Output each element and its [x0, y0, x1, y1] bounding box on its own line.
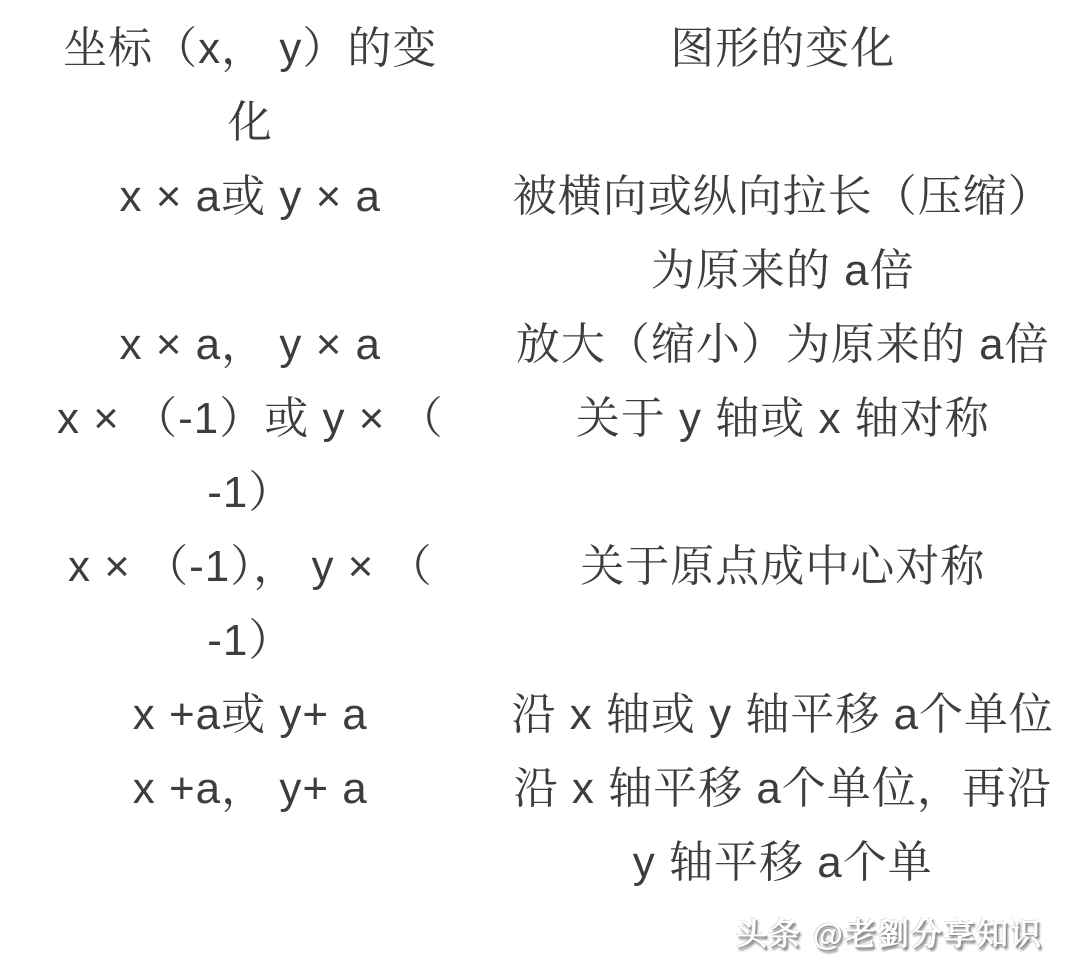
coordinate-transform-table: 坐标（x， y）的变 化 图形的变化 x × a或 y × a 被横向或纵向拉长… — [0, 0, 1065, 900]
cell-line: x +a或 y+ a — [0, 678, 501, 752]
coordinate-rule-cell: x × a， y × a — [0, 308, 501, 382]
table-row-origin-symmetry: x × （-1）， y × （ -1） 关于原点成中心对称 — [0, 530, 1065, 678]
table-row-translate-one-axis: x +a或 y+ a 沿 x 轴或 y 轴平移 a个单位 — [0, 678, 1065, 752]
header-figure-change: 图形的变化 — [501, 12, 1065, 86]
figure-effect-cell: 关于原点成中心对称 — [501, 530, 1065, 604]
toutiao-watermark: 头条 @老劉分享知识 — [736, 909, 1043, 954]
coordinate-rule-cell: x +a或 y+ a — [0, 678, 501, 752]
cell-line: y 轴平移 a个单 — [501, 826, 1065, 900]
cell-line: 被横向或纵向拉长（压缩） — [501, 160, 1065, 234]
cell-line: 关于原点成中心对称 — [501, 530, 1065, 604]
cell-line: x × a， y × a — [0, 308, 501, 382]
coordinate-rule-cell: x × （-1）， y × （ -1） — [0, 530, 501, 678]
cell-line: 关于 y 轴或 x 轴对称 — [501, 382, 1065, 456]
cell-line: -1） — [0, 456, 501, 530]
table-row-scale-one-axis: x × a或 y × a 被横向或纵向拉长（压缩） 为原来的 a倍 — [0, 160, 1065, 308]
coordinate-rule-cell: x × a或 y × a — [0, 160, 501, 234]
cell-line: 放大（缩小）为原来的 a倍 — [501, 308, 1065, 382]
table-row-translate-both-axes: x +a， y+ a 沿 x 轴平移 a个单位，再沿 y 轴平移 a个单 — [0, 752, 1065, 900]
figure-effect-cell: 关于 y 轴或 x 轴对称 — [501, 382, 1065, 456]
coordinate-rule-cell: x +a， y+ a — [0, 752, 501, 826]
table-row-axis-symmetry: x × （-1）或 y × （ -1） 关于 y 轴或 x 轴对称 — [0, 382, 1065, 530]
header-line: 化 — [0, 86, 501, 160]
header-line: 图形的变化 — [501, 12, 1065, 86]
figure-effect-cell: 沿 x 轴平移 a个单位，再沿 y 轴平移 a个单 — [501, 752, 1065, 900]
coordinate-rule-cell: x × （-1）或 y × （ -1） — [0, 382, 501, 530]
cell-line: -1） — [0, 604, 501, 678]
cell-line: 为原来的 a倍 — [501, 234, 1065, 308]
cell-line: x × （-1）或 y × （ — [0, 382, 501, 456]
cell-line: x +a， y+ a — [0, 752, 501, 826]
table-row-scale-both-axes: x × a， y × a 放大（缩小）为原来的 a倍 — [0, 308, 1065, 382]
cell-line: 沿 x 轴平移 a个单位，再沿 — [501, 752, 1065, 826]
figure-effect-cell: 被横向或纵向拉长（压缩） 为原来的 a倍 — [501, 160, 1065, 308]
figure-effect-cell: 放大（缩小）为原来的 a倍 — [501, 308, 1065, 382]
cell-line: 沿 x 轴或 y 轴平移 a个单位 — [501, 678, 1065, 752]
cell-line: x × a或 y × a — [0, 160, 501, 234]
header-coordinate-change: 坐标（x， y）的变 化 — [0, 12, 501, 160]
table-header-row: 坐标（x， y）的变 化 图形的变化 — [0, 12, 1065, 160]
figure-effect-cell: 沿 x 轴或 y 轴平移 a个单位 — [501, 678, 1065, 752]
cell-line: x × （-1）， y × （ — [0, 530, 501, 604]
header-line: 坐标（x， y）的变 — [0, 12, 501, 86]
